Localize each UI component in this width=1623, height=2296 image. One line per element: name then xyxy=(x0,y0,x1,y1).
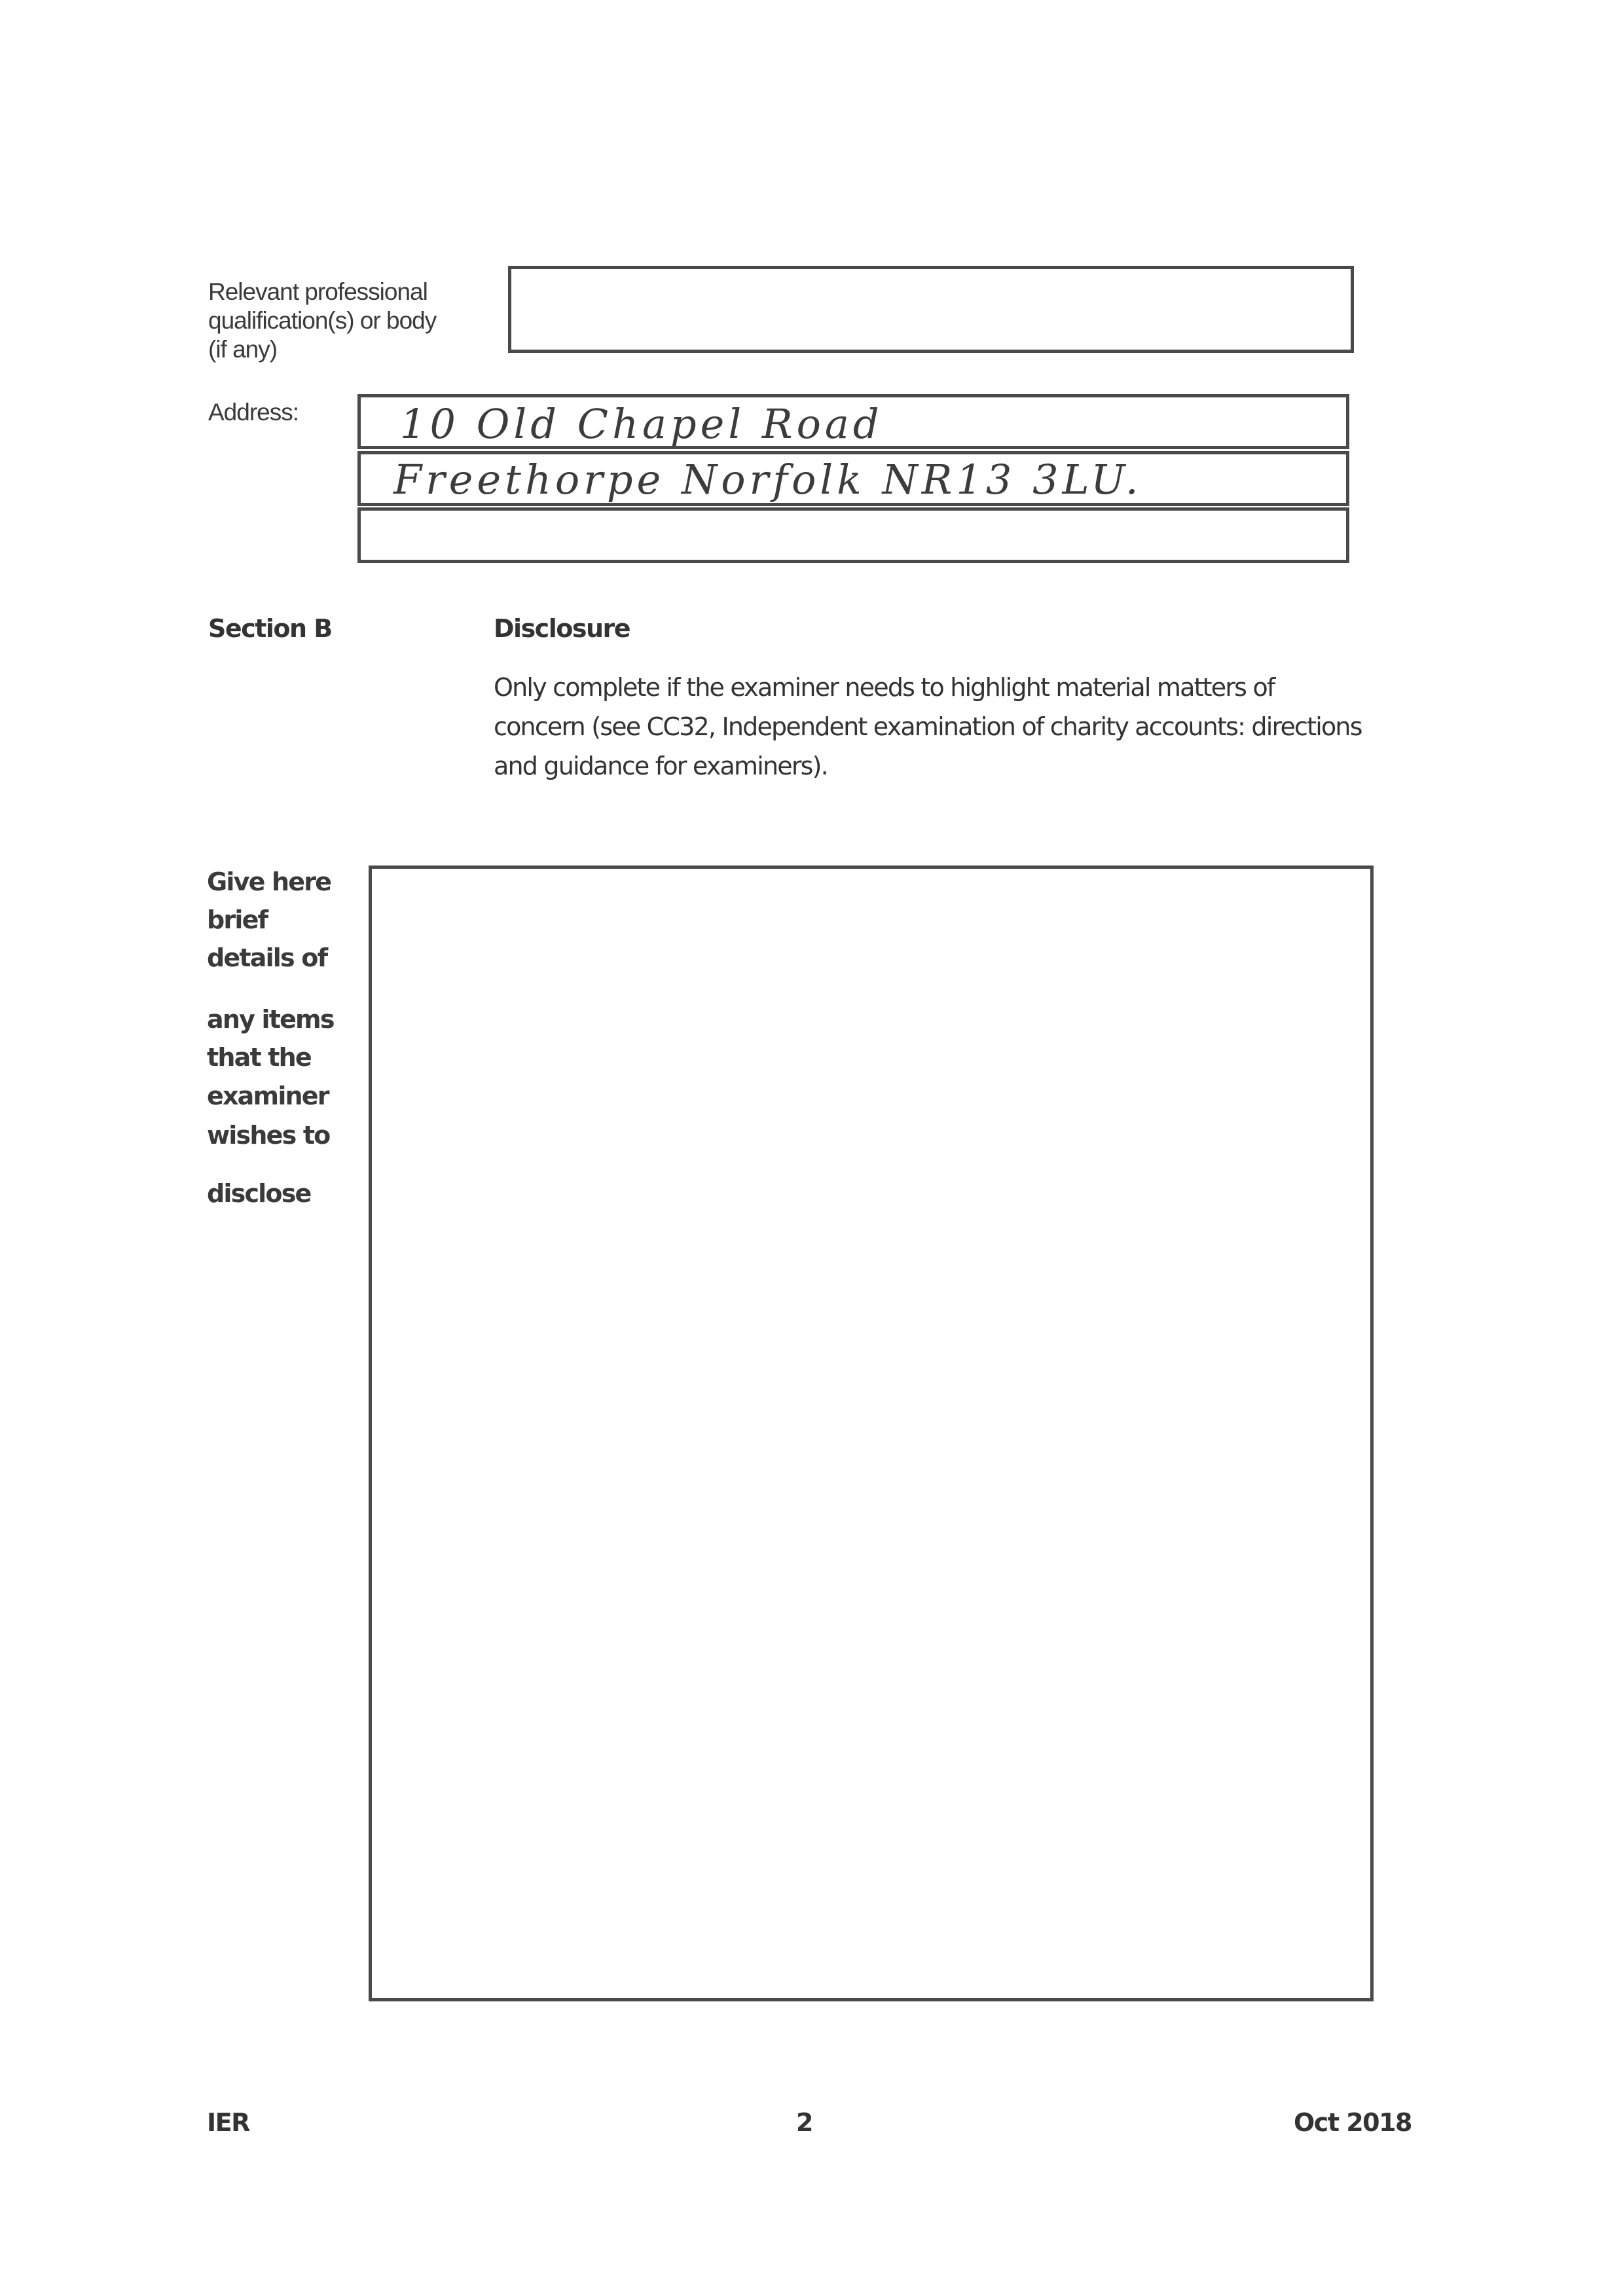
address-line-1-field[interactable]: 10 Old Chapel Road xyxy=(357,394,1349,449)
address-line-2-field[interactable]: Freethorpe Norfolk NR13 3LU. xyxy=(357,451,1349,506)
section-instructions: Only complete if the examiner needs to h… xyxy=(494,668,1410,786)
qualification-label-line: qualification(s) or body xyxy=(208,306,436,335)
page-number: 2 xyxy=(796,2108,812,2137)
qualification-field[interactable] xyxy=(508,266,1354,353)
instructions-line: and guidance for examiners). xyxy=(494,746,1410,786)
details-label-line: that the xyxy=(207,1043,311,1072)
address-line-1-value: 10 Old Chapel Road xyxy=(400,400,883,448)
address-label: Address: xyxy=(208,398,299,427)
address-line-2-value: Freethorpe Norfolk NR13 3LU. xyxy=(393,456,1142,503)
section-label: Section B xyxy=(208,614,332,643)
disclosure-details-field[interactable] xyxy=(369,866,1374,2001)
footer-form-code: IER xyxy=(207,2108,249,2137)
instructions-line: concern (see CC32, Independent examinati… xyxy=(494,707,1410,746)
qualification-label: Relevant professional qualification(s) o… xyxy=(208,278,436,364)
qualification-label-line: Relevant professional xyxy=(208,278,436,306)
address-line-3-field[interactable] xyxy=(357,507,1349,563)
qualification-label-line: (if any) xyxy=(208,335,436,364)
instructions-line: Only complete if the examiner needs to h… xyxy=(494,668,1410,707)
details-label-line: disclose xyxy=(207,1179,311,1208)
section-heading: Disclosure xyxy=(494,614,630,643)
details-label-line: wishes to xyxy=(207,1121,330,1150)
details-label-line: Give here xyxy=(207,867,331,896)
details-label-line: examiner xyxy=(207,1082,329,1110)
details-label-line: brief xyxy=(207,905,267,934)
details-label-line: any items xyxy=(207,1005,334,1034)
details-label-line: details of xyxy=(207,943,327,972)
footer-date: Oct 2018 xyxy=(1294,2108,1412,2137)
